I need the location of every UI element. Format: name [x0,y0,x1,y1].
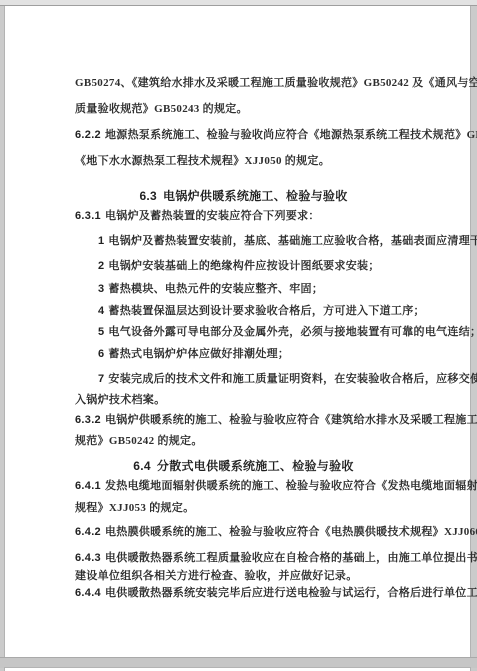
next-page-top-edge [4,667,471,671]
paragraph-line: 《地下水水源热泵工程技术规程》XJJ050 的规定。 [75,154,452,168]
clause-number: 6.4.1 [75,480,101,492]
paragraph-line: 入锅炉技术档案。 [75,393,452,407]
clause-item: 3蓄热模块、电热元件的安装应整齐、牢固； [75,282,452,296]
paragraph-line: 规范》GB50242 的规定。 [75,434,452,448]
paragraph-text: 《地下水水源热泵工程技术规程》XJJ050 的规定。 [75,155,330,167]
paragraph-text: 发热电缆地面辐射供暖系统的施工、检验与验收应符合《发热电缆地面辐射供暖技术 [105,480,477,492]
paragraph-text: 规范》GB50242 的规定。 [75,435,203,447]
paragraph-text: 规程》XJJ053 的规定。 [75,502,194,514]
item-text: 电气设备外露可导电部分及金属外壳，必须与接地装置有可靠的电气连结； [108,326,477,338]
item-text: 电锅炉安装基础上的绝缘构件应按设计图纸要求安装； [108,260,379,272]
paragraph-line: 6.4.2电热膜供暖系统的施工、检验与验收应符合《电热膜供暖技术规程》XJJ06… [75,525,452,539]
paragraph-text: 地源热泵系统施工、检验与验收尚应符合《地源热泵系统工程技术规范》GB50366、 [105,129,477,141]
paragraph-text: 电热膜供暖系统的施工、检验与验收应符合《电热膜供暖技术规程》XJJ066 的规定… [105,526,477,538]
clause-number: 6.4.4 [75,587,101,599]
paragraph-text: 入锅炉技术档案。 [75,394,165,406]
clause-item: 1电锅炉及蓄热装置安装前，基底、基础施工应验收合格，基础表面应清理干净； [75,234,452,248]
paragraph-text: 电供暖散热器系统安装完毕后应进行送电检验与试运行，合格后进行单位工程验收。 [105,587,477,599]
section-title: 分散式电供暖系统施工、检验与验收 [157,459,354,473]
clause-number: 6.2.2 [75,129,101,141]
section-number: 6.3 [139,189,157,203]
paragraph-text: 电锅炉及蓄热装置的安装应符合下列要求： [105,210,320,222]
paragraph-text: GB50274、《建筑给水排水及采暖工程施工质量验收规范》GB50242 及《通… [75,77,477,89]
section-title: 电锅炉供暖系统施工、检验与验收 [163,189,348,203]
paragraph-text: 电供暖散热器系统工程质量验收应在自检合格的基础上，由施工单位提出书面报告， [105,552,477,564]
paragraph-line: 建设单位组织各相关方进行检查、验收，并应做好记录。 [75,569,452,583]
document-viewer: GB50274、《建筑给水排水及采暖工程施工质量验收规范》GB50242 及《通… [0,0,477,671]
section-heading: 6.3电锅炉供暖系统施工、检验与验收 [75,189,452,203]
paragraph-text: 建设单位组织各相关方进行检查、验收，并应做好记录。 [75,570,358,582]
paragraph-line: 质量验收规范》GB50243 的规定。 [75,102,452,116]
clause-number: 6.4.2 [75,526,101,538]
clause-item: 4蓄热装置保温层达到设计要求验收合格后，方可进入下道工序； [75,304,452,318]
item-text: 蓄热式电锅炉炉体应做好排潮处理； [108,348,289,360]
clause-number: 6.3.1 [75,210,101,222]
clause-item: 6蓄热式电锅炉炉体应做好排潮处理； [75,347,452,361]
item-text: 电锅炉及蓄热装置安装前，基底、基础施工应验收合格，基础表面应清理干净； [108,235,477,247]
paragraph-line: 6.4.4电供暖散热器系统安装完毕后应进行送电检验与试运行，合格后进行单位工程验… [75,586,452,600]
item-text: 蓄热装置保温层达到设计要求验收合格后，方可进入下道工序； [108,305,424,317]
item-number: 1 [98,235,104,247]
paragraph-line: GB50274、《建筑给水排水及采暖工程施工质量验收规范》GB50242 及《通… [75,76,452,90]
clause-item: 5电气设备外露可导电部分及金属外壳，必须与接地装置有可靠的电气连结； [75,325,452,339]
item-number: 3 [98,283,104,295]
clause-item: 2电锅炉安装基础上的绝缘构件应按设计图纸要求安装； [75,259,452,273]
paragraph-line: 6.4.3电供暖散热器系统工程质量验收应在自检合格的基础上，由施工单位提出书面报… [75,551,452,565]
item-text: 蓄热模块、电热元件的安装应整齐、牢固； [108,283,323,295]
item-number: 2 [98,260,104,272]
item-number: 6 [98,348,104,360]
item-text: 安装完成后的技术文件和施工质量证明资料，在安装验收合格后，应移交使用单位存 [108,373,477,385]
clause-number: 6.4.3 [75,552,101,564]
clause-number: 6.3.2 [75,414,101,426]
item-number: 4 [98,305,104,317]
clause-item: 7安装完成后的技术文件和施工质量证明资料，在安装验收合格后，应移交使用单位存 [75,372,452,386]
paragraph-text: 质量验收规范》GB50243 的规定。 [75,103,248,115]
document-page: GB50274、《建筑给水排水及采暖工程施工质量验收规范》GB50242 及《通… [4,6,471,657]
paragraph-line: 规程》XJJ053 的规定。 [75,501,452,515]
paragraph-line: 6.3.2电锅炉供暖系统的施工、检验与验收应符合《建筑给水排水及采暖工程施工质量… [75,413,452,427]
paragraph-line: 6.2.2地源热泵系统施工、检验与验收尚应符合《地源热泵系统工程技术规范》GB5… [75,128,452,142]
item-number: 7 [98,373,104,385]
paragraph-text: 电锅炉供暖系统的施工、检验与验收应符合《建筑给水排水及采暖工程施工质量验收 [105,414,477,426]
paragraph-line: 6.4.1发热电缆地面辐射供暖系统的施工、检验与验收应符合《发热电缆地面辐射供暖… [75,479,452,493]
item-number: 5 [98,326,104,338]
section-number: 6.4 [133,459,151,473]
section-heading: 6.4分散式电供暖系统施工、检验与验收 [75,459,452,473]
paragraph-line: 6.3.1电锅炉及蓄热装置的安装应符合下列要求： [75,209,452,223]
